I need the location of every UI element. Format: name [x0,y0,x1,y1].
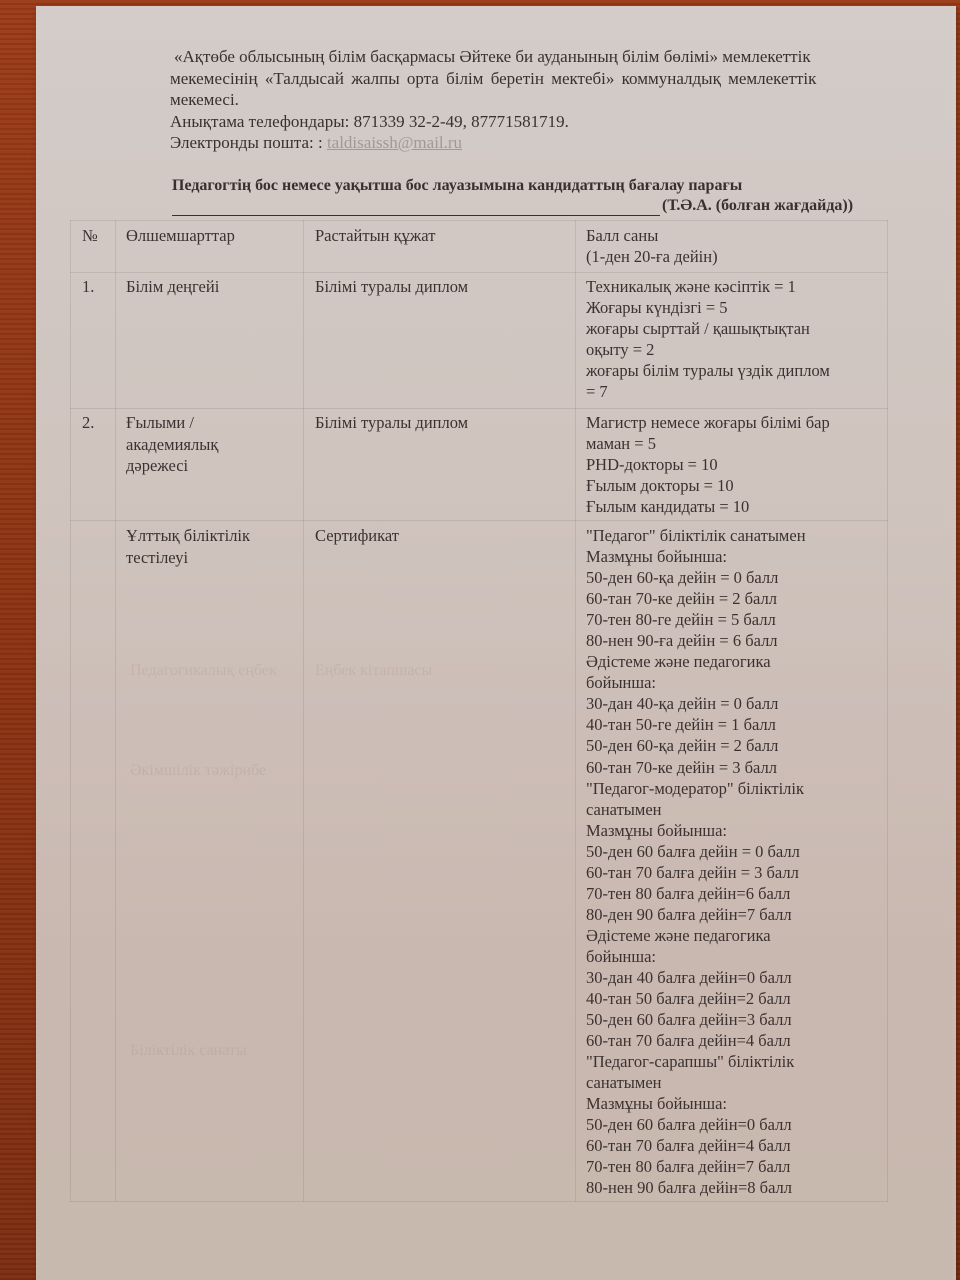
row-score-line: 60-тан 70-ке дейін = 2 балл [586,588,806,609]
row-score-line: оқыту = 2 [586,339,830,360]
row-score-line: 70-тен 80 балға дейін=6 балл [586,883,806,904]
row-score-line: 80-нен 90 балға дейін=8 балл [586,1177,806,1198]
org-line-3: мекемесі. [170,89,892,111]
table-divider [70,272,888,273]
column-header-score-line1: Балл саны [586,225,718,246]
row-score-line: PHD-докторы = 10 [586,454,830,475]
table-border-right [887,220,888,1202]
row-criteria-line: академиялық [126,434,218,456]
row-score-line: 50-ден 60 балға дейін=3 балл [586,1009,806,1030]
row-score-line: Магистр немесе жоғары білімі бар [586,412,830,433]
row-criteria-line: тестілеуі [126,547,250,569]
org-line-1: «Ақтөбе облысының білім басқармасы Әйтек… [170,46,892,68]
email-label: Электронды пошта: : [170,133,323,152]
row-score-line: "Педагог" біліктілік санатымен [586,525,806,546]
row-score: Техникалық және кәсіптік = 1Жоғары күнді… [586,276,830,402]
row-criteria: Білім деңгейі [126,276,219,298]
table-border-bottom [70,1201,888,1202]
evaluation-table: № Өлшемшарттар Растайтын құжат Балл саны… [70,220,888,1202]
row-criteria-line: Білім деңгейі [126,276,219,298]
phones-line: Анықтама телефондары: 871339 32-2-49, 87… [170,111,892,133]
row-number: 2. [82,412,94,433]
row-criteria-line: дәрежесі [126,455,218,477]
row-criteria-line: Ғылыми / [126,412,218,434]
row-score-line: 80-ден 90 балға дейін=7 балл [586,904,806,925]
row-document: Білімі туралы диплом [315,276,468,297]
form-title: Педагогтің бос немесе уақытша бос лауазы… [172,176,892,196]
row-score-line: 60-тан 70 балға дейін=4 балл [586,1030,806,1051]
candidate-name-line: (Т.Ә.А. (болған жағдайда)) [172,196,892,216]
form-title-block: Педагогтің бос немесе уақытша бос лауазы… [172,176,892,216]
row-score-line: 30-дан 40-қа дейін = 0 балл [586,693,806,714]
paper-edge [950,6,956,1280]
email-line: Электронды пошта: : taldisaissh@mail.ru [170,132,892,154]
row-score-line: Ғылым докторы = 10 [586,475,830,496]
row-score-line: жоғары сырттай / қашықтықтан [586,318,830,339]
row-score: "Педагог" біліктілік санатыменМазмұны бо… [586,525,806,1199]
row-score-line: бойынша: [586,946,806,967]
row-score-line: = 7 [586,381,830,402]
row-score-line: Техникалық және кәсіптік = 1 [586,276,830,297]
row-score-line: "Педагог-модератор" біліктілік [586,778,806,799]
row-score-line: 60-тан 70 балға дейін=4 балл [586,1135,806,1156]
row-score-line: 80-нен 90-ға дейін = 6 балл [586,630,806,651]
row-document-line: Сертификат [315,525,399,546]
column-header-criteria: Өлшемшарттар [126,225,235,246]
bleed-through-text: Еңбек кітапшасы [315,660,432,681]
row-score-line: санатымен [586,1072,806,1093]
row-score-line: Әдістеме және педагогика [586,651,806,672]
row-number: 1. [82,276,94,297]
phones-label: Анықтама телефондары: [170,112,349,131]
row-document: Білімі туралы диплом [315,412,468,433]
table-divider [575,220,576,1202]
candidate-name-blank[interactable] [172,201,660,216]
org-line-2: мекемесінің «Талдысай жалпы орта білім б… [170,68,892,90]
row-score-line: "Педагог-сарапшы" біліктілік [586,1051,806,1072]
bleed-through-text: Педагогикалық еңбек [130,660,277,681]
row-score-line: Ғылым кандидаты = 10 [586,496,830,517]
row-document-line: Білімі туралы диплом [315,276,468,297]
column-header-score-line2: (1-ден 20-ға дейін) [586,246,718,267]
row-score-line: санатымен [586,799,806,820]
email-link[interactable]: taldisaissh@mail.ru [327,133,462,152]
bleed-through-text: Біліктілік санаты [130,1040,247,1061]
table-border-left [70,220,71,1202]
row-score: Магистр немесе жоғары білімі бармаман = … [586,412,830,517]
row-number-line: 2. [82,412,94,433]
row-score-line: 60-тан 70 балға дейін = 3 балл [586,862,806,883]
row-number-line: 1. [82,276,94,297]
row-score-line: 50-ден 60 балға дейін = 0 балл [586,841,806,862]
column-header-number: № [82,225,98,246]
row-score-line: 30-дан 40 балға дейін=0 балл [586,967,806,988]
row-score-line: бойынша: [586,672,806,693]
row-score-line: Мазмұны бойынша: [586,820,806,841]
row-score-line: 40-тан 50 балға дейін=2 балл [586,988,806,1009]
row-score-line: Мазмұны бойынша: [586,546,806,567]
row-document: Сертификат [315,525,399,546]
bleed-through-text: Әкімшілік тәжірибе [130,760,266,781]
row-score-line: Әдістеме және педагогика [586,925,806,946]
row-score-line: 70-тен 80-ге дейін = 5 балл [586,609,806,630]
row-score-line: 60-тан 70-ке дейін = 3 балл [586,757,806,778]
row-score-line: Мазмұны бойынша: [586,1093,806,1114]
row-score-line: 50-ден 60-қа дейін = 2 балл [586,735,806,756]
row-score-line: жоғары білім туралы үздік диплом [586,360,830,381]
row-score-line: 50-ден 60-қа дейін = 0 балл [586,567,806,588]
column-header-document: Растайтын құжат [315,225,435,246]
table-divider [70,408,888,409]
row-criteria: Ұлттық біліктіліктестілеуі [126,525,250,568]
row-criteria-line: Ұлттық біліктілік [126,525,250,547]
table-divider [115,220,116,1202]
phones-value: 871339 32-2-49, 87771581719. [354,112,569,131]
row-score-line: 40-тан 50-ге дейін = 1 балл [586,714,806,735]
row-score-line: Жоғары күндізгі = 5 [586,297,830,318]
row-score-line: маман = 5 [586,433,830,454]
table-border-top [70,220,888,221]
row-criteria: Ғылыми /академиялықдәрежесі [126,412,218,477]
row-score-line: 50-ден 60 балға дейін=0 балл [586,1114,806,1135]
name-hint: (Т.Ә.А. (болған жағдайда)) [662,196,853,216]
column-header-score: Балл саны (1-ден 20-ға дейін) [586,225,718,267]
table-divider [303,220,304,1202]
organization-header: «Ақтөбе облысының білім басқармасы Әйтек… [170,46,892,154]
row-score-line: 70-тен 80 балға дейін=7 балл [586,1156,806,1177]
table-divider [70,520,888,521]
row-document-line: Білімі туралы диплом [315,412,468,433]
